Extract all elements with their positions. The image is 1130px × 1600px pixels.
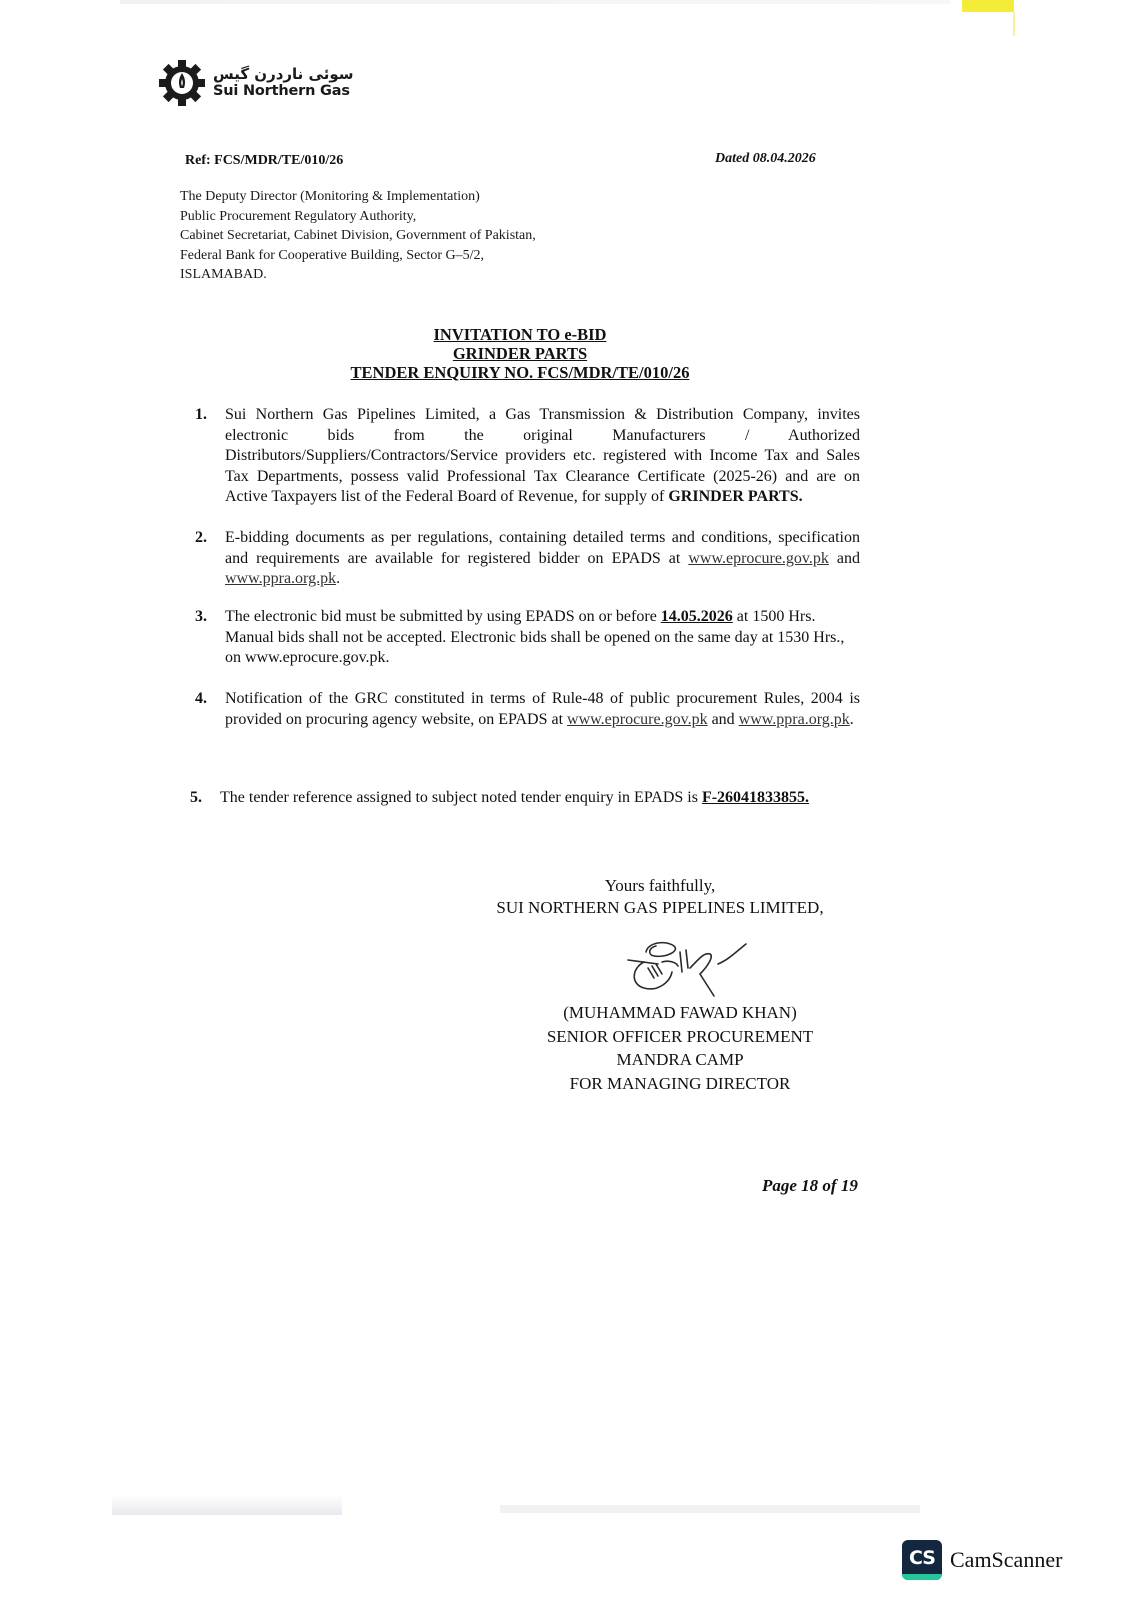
- eprocure-link[interactable]: www.eprocure.gov.pk: [688, 550, 829, 567]
- paragraph-number: 4.: [195, 689, 207, 710]
- paragraph-3: 3. The electronic bid must be submitted …: [195, 607, 860, 669]
- scan-color-tab: [962, 0, 1014, 12]
- address-line: Cabinet Secretariat, Cabinet Division, G…: [180, 226, 536, 246]
- salutation: Yours faithfully,: [480, 875, 840, 897]
- signatory-block: (MUHAMMAD FAWAD KHAN) SENIOR OFFICER PRO…: [530, 1001, 830, 1095]
- subject-line-1: INVITATION TO e-BID: [330, 325, 710, 344]
- logo-english-text: Sui Northern Gas: [213, 84, 354, 99]
- scan-edge: [120, 0, 950, 4]
- paragraph-1: 1. Sui Northern Gas Pipelines Limited, a…: [195, 405, 860, 508]
- scan-color-line: [1013, 12, 1015, 36]
- camscanner-logo-text: CS: [909, 1547, 935, 1569]
- subject-line-2: GRINDER PARTS: [330, 344, 710, 363]
- camscanner-name: CamScanner: [950, 1547, 1062, 1573]
- logo-urdu-text: سوئی ناردرن گیس: [213, 67, 354, 82]
- address-line: The Deputy Director (Monitoring & Implem…: [180, 187, 536, 207]
- signatory-title: SENIOR OFFICER PROCUREMENT: [530, 1025, 830, 1049]
- submission-deadline: 14.05.2026: [661, 608, 733, 625]
- paragraph-text: .: [336, 570, 340, 587]
- paragraph-5: 5. The tender reference assigned to subj…: [190, 788, 855, 809]
- recipient-address: The Deputy Director (Monitoring & Implem…: [180, 187, 536, 285]
- letter-date: Dated 08.04.2026: [715, 151, 816, 167]
- paragraph-text: .: [850, 711, 854, 728]
- address-line: ISLAMABAD.: [180, 265, 536, 285]
- gear-flame-icon: [157, 58, 207, 108]
- signature-icon: [618, 938, 758, 1000]
- paragraph-2: 2. E-bidding documents as per regulation…: [195, 528, 860, 590]
- scan-artifact: [112, 1495, 342, 1515]
- company-logo: سوئی ناردرن گیس Sui Northern Gas: [157, 58, 354, 108]
- paragraph-number: 2.: [195, 528, 207, 549]
- address-line: Public Procurement Regulatory Authority,: [180, 207, 536, 227]
- ppra-link[interactable]: www.ppra.org.pk: [739, 711, 850, 728]
- paragraph-text: and: [708, 711, 739, 728]
- signatory-on-behalf: FOR MANAGING DIRECTOR: [530, 1072, 830, 1096]
- signatory-location: MANDRA CAMP: [530, 1048, 830, 1072]
- paragraph-number: 1.: [195, 405, 207, 426]
- paragraph-4: 4. Notification of the GRC constituted i…: [195, 689, 860, 730]
- camscanner-logo-icon: CS: [902, 1540, 942, 1580]
- closing-block: Yours faithfully, SUI NORTHERN GAS PIPEL…: [480, 875, 840, 919]
- scan-artifact: [500, 1505, 920, 1513]
- camscanner-watermark: CS CamScanner: [902, 1540, 1062, 1580]
- paragraph-text: The tender reference assigned to subject…: [220, 789, 702, 806]
- signatory-name: (MUHAMMAD FAWAD KHAN): [530, 1001, 830, 1025]
- paragraph-text: and: [829, 550, 860, 567]
- paragraph-text: The electronic bid must be submitted by …: [225, 608, 661, 625]
- item-name: GRINDER PARTS.: [668, 488, 802, 505]
- paragraph-number: 3.: [195, 607, 207, 628]
- company-name: SUI NORTHERN GAS PIPELINES LIMITED,: [480, 897, 840, 919]
- ppra-link[interactable]: www.ppra.org.pk: [225, 570, 336, 587]
- page-number: Page 18 of 19: [762, 1176, 858, 1196]
- reference-number: Ref: FCS/MDR/TE/010/26: [185, 153, 343, 169]
- epads-reference: F-26041833855.: [702, 789, 809, 806]
- paragraph-number: 5.: [190, 788, 202, 809]
- subject-line-3: TENDER ENQUIRY NO. FCS/MDR/TE/010/26: [330, 363, 710, 382]
- eprocure-link[interactable]: www.eprocure.gov.pk: [567, 711, 708, 728]
- address-line: Federal Bank for Cooperative Building, S…: [180, 246, 536, 266]
- subject-heading: INVITATION TO e-BID GRINDER PARTS TENDER…: [330, 325, 710, 382]
